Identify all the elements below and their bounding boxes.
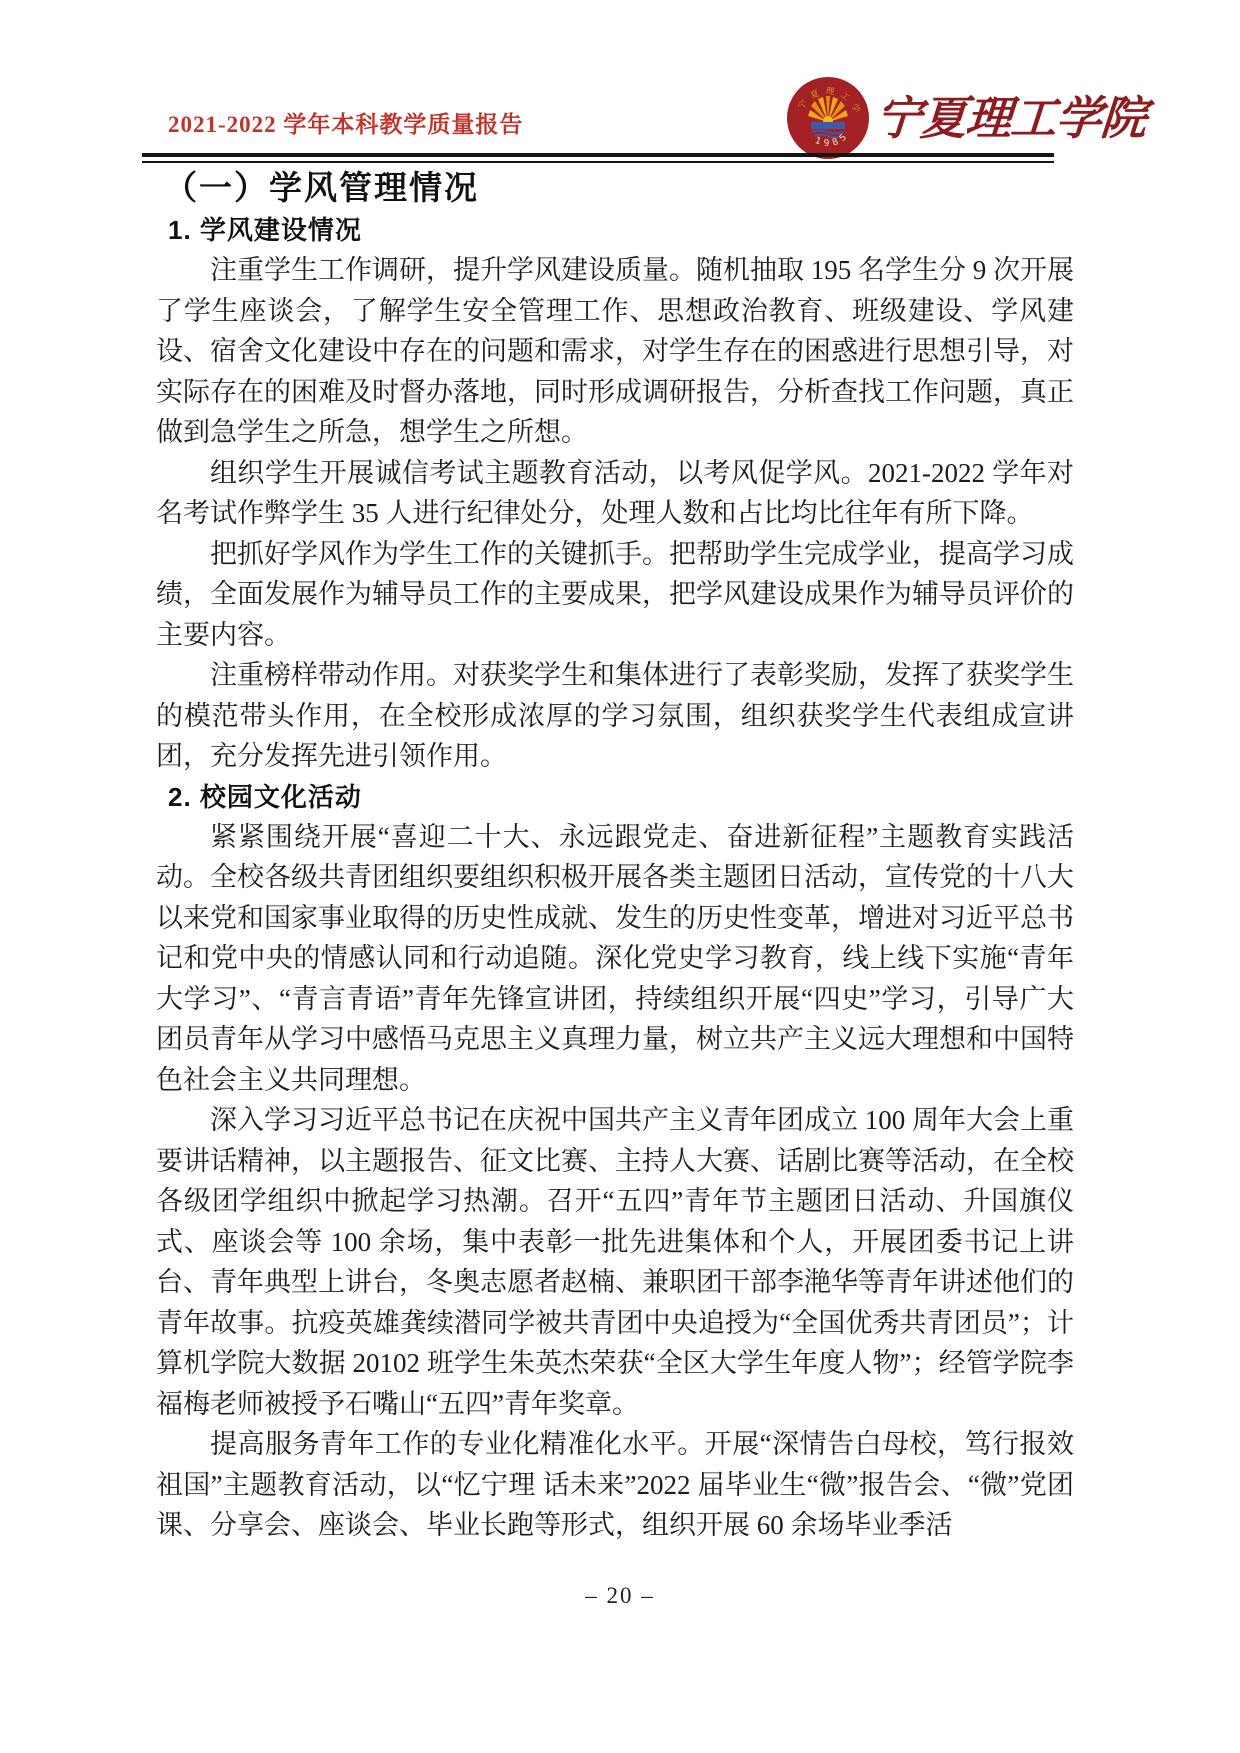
school-name-calligraphy: 宁夏理工学院 (874, 82, 1129, 148)
subsection-heading-1: 1. 学风建设情况 (168, 211, 1074, 249)
paragraph: 组织学生开展诚信考试主题教育活动，以考风促学风。2021-2022 学年对名考试… (156, 453, 1074, 534)
section-title: （一）学风管理情况 (164, 167, 1074, 209)
paragraph: 把抓好学风作为学生工作的关键抓手。把帮助学生完成学业，提高学习成绩，全面发展作为… (156, 534, 1074, 656)
page-number: – 20 – (0, 1583, 1240, 1609)
page-content: （一）学风管理情况 1. 学风建设情况 注重学生工作调研，提升学风建设质量。随机… (156, 163, 1074, 1546)
paragraph: 紧紧围绕开展“喜迎二十大、永远跟党走、奋进新征程”主题教育实践活动。全校各级共青… (156, 817, 1074, 1101)
school-seal-icon: 宁夏理工学院 1985 (786, 76, 870, 160)
header-divider (142, 153, 1054, 163)
paragraph: 深入学习习近平总书记在庆祝中国共产主义青年团成立 100 周年大会上重要讲话精神… (156, 1100, 1074, 1424)
paragraph: 提高服务青年工作的专业化精准化水平。开展“深情告白母校，笃行报效祖国”主题教育活… (156, 1424, 1074, 1546)
paragraph: 注重学生工作调研，提升学风建设质量。随机抽取 195 名学生分 9 次开展了学生… (156, 250, 1074, 453)
document-page: 2021-2022 学年本科教学质量报告 宁夏理工学院 1985 (0, 0, 1240, 1753)
subsection-heading-2: 2. 校园文化活动 (168, 778, 1074, 816)
paragraph: 注重榜样带动作用。对获奖学生和集体进行了表彰奖励，发挥了获奖学生的模范带头作用，… (156, 655, 1074, 777)
report-title: 2021-2022 学年本科教学质量报告 (168, 106, 523, 139)
